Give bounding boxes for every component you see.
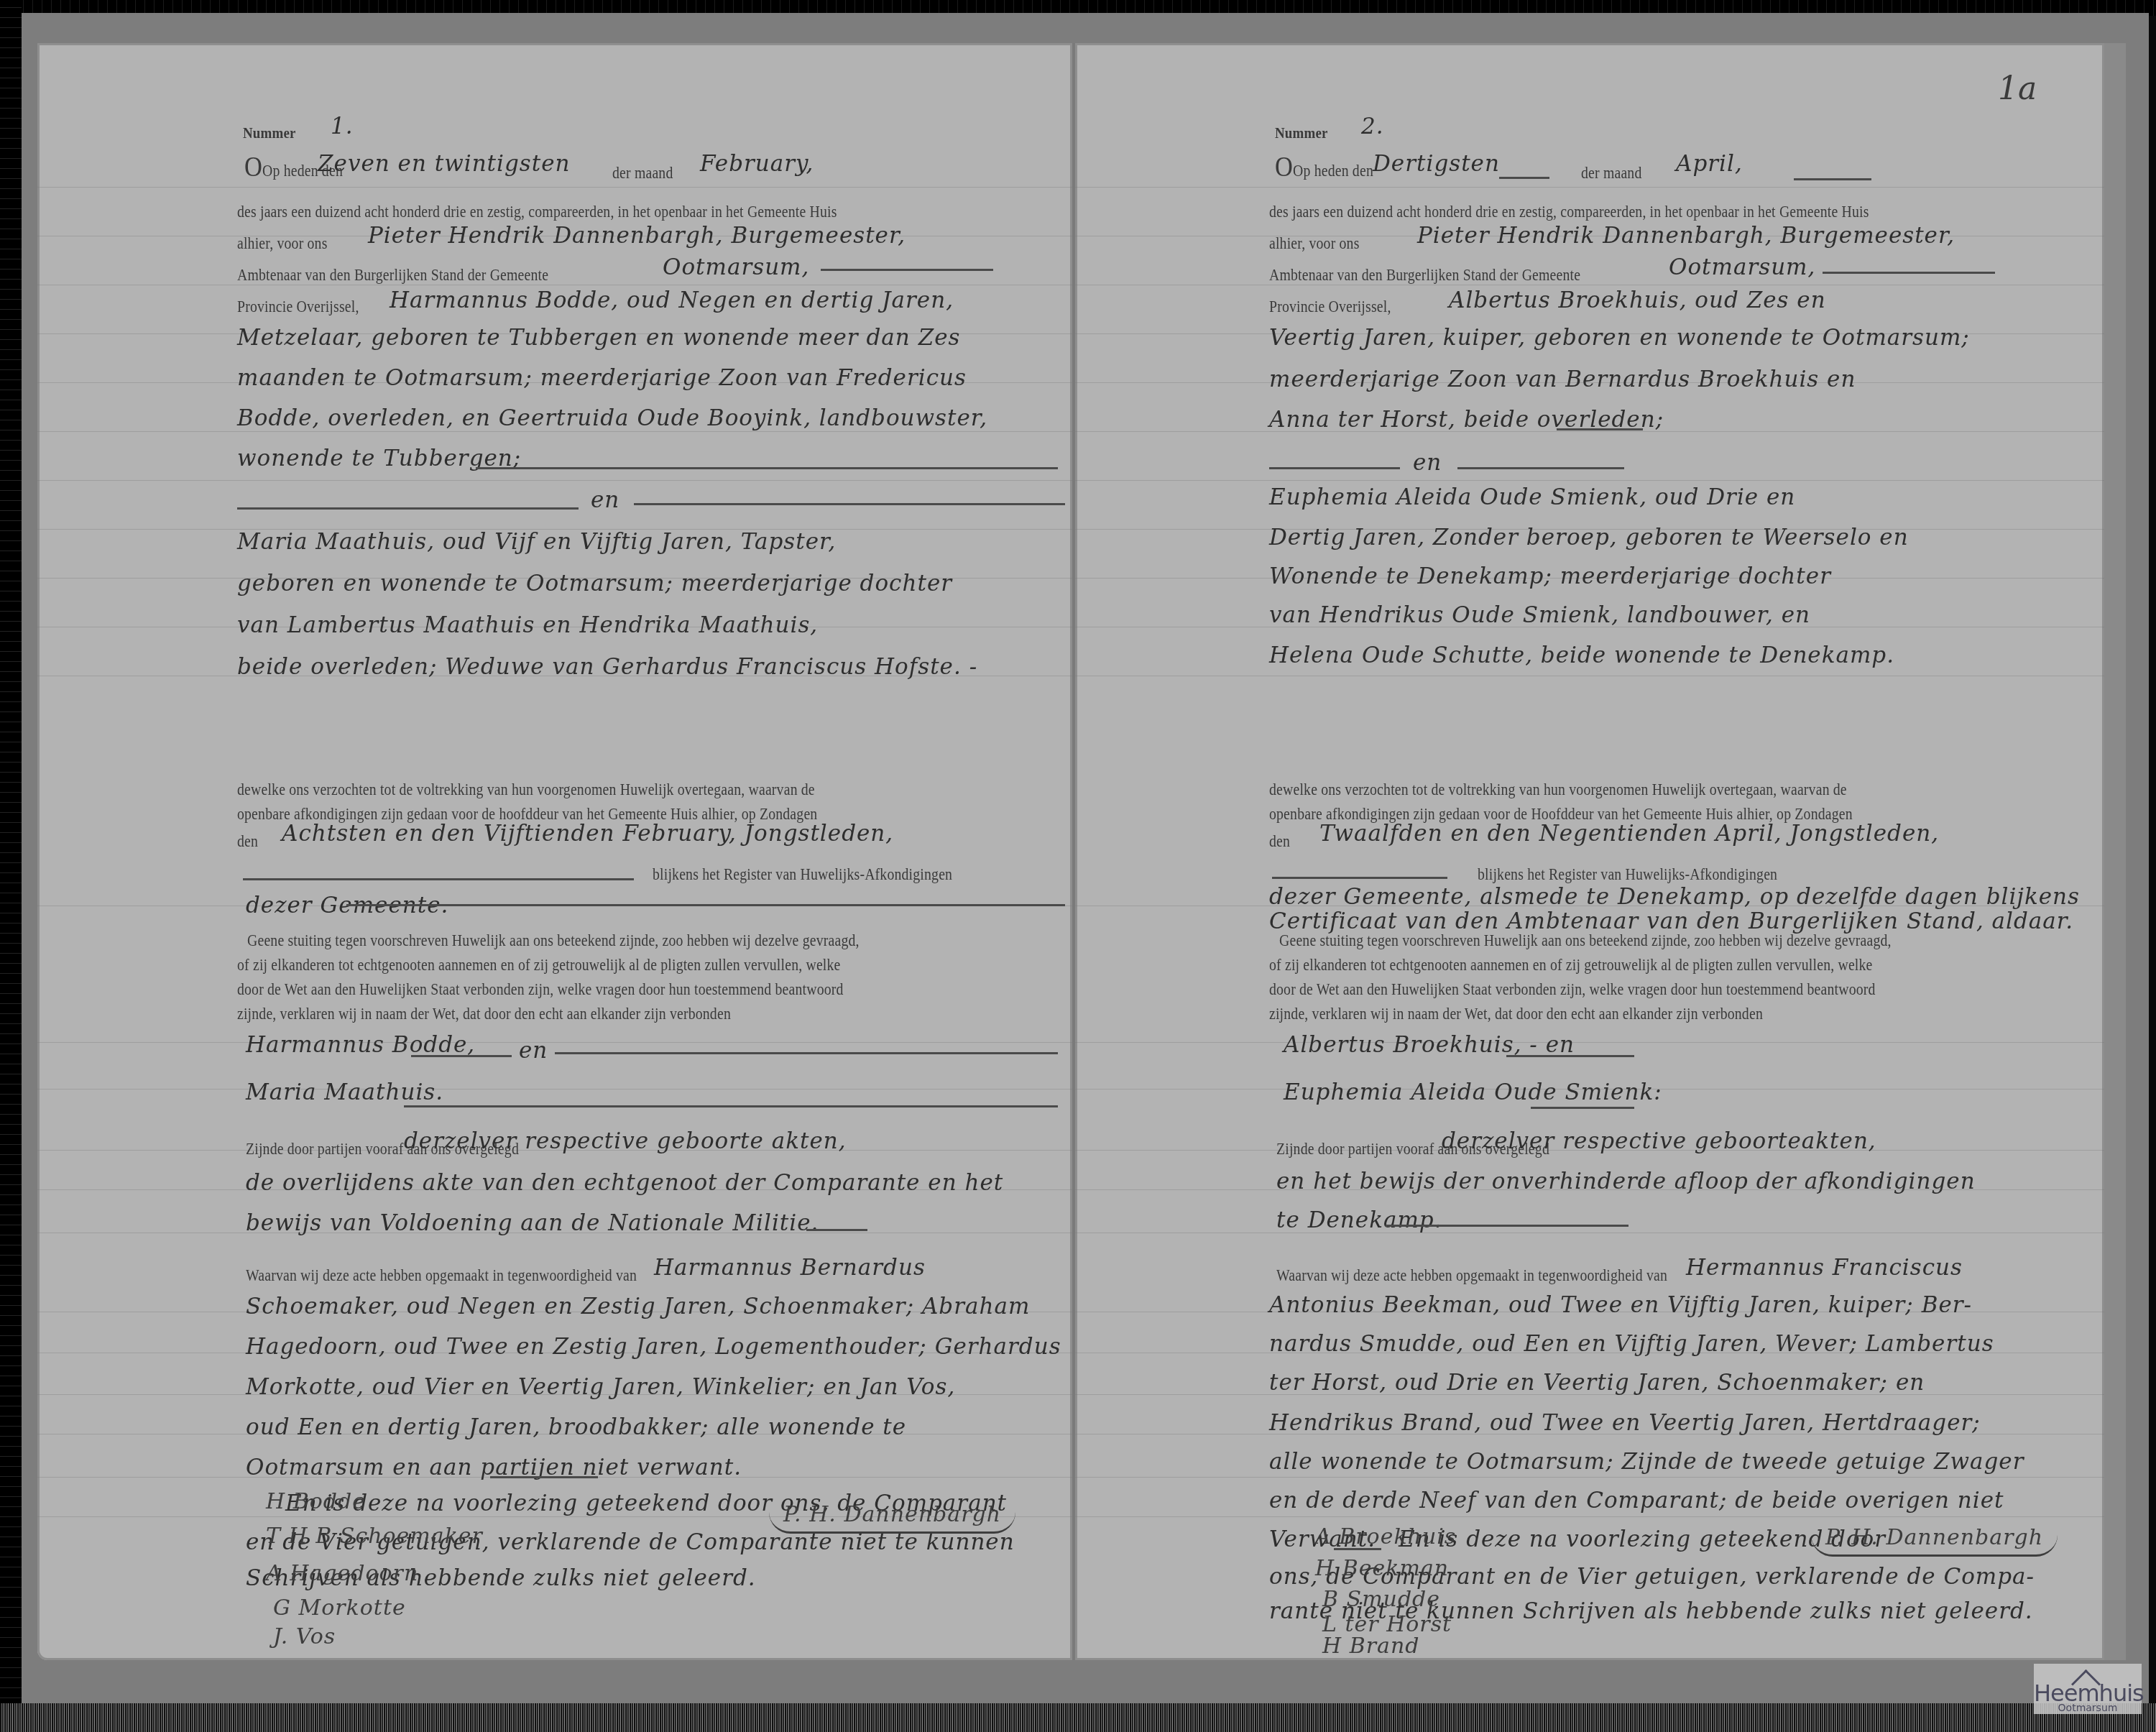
book-edge-right (2104, 43, 2126, 1660)
printed-dewelke: dewelke ons verzochten tot de voltrekkin… (237, 780, 815, 799)
official-name-field: Pieter Hendrik Dannenbargh, Burgemeester… (368, 223, 906, 249)
printed-alhier: alhier, voor ons (237, 234, 328, 253)
documents-line: en het bewijs der onverhinderde afloop d… (1276, 1169, 1976, 1194)
groom-line: Veertig Jaren, kuiper, geboren en wonend… (1269, 325, 1970, 351)
bride-line: van Hendrikus Oude Smienk, landbouwer, e… (1269, 602, 1810, 628)
printed-blijkens: blijkens het Register van Huwelijks-Afko… (653, 865, 952, 884)
witness-line: Hermannus Franciscus (1686, 1255, 1963, 1281)
printed-der-maand: der maand (1581, 164, 1641, 183)
groom-line: Bodde, overleden, en Geertruida Oude Boo… (237, 405, 987, 431)
witness-line: Morkotte, oud Vier en Veertig Jaren, Win… (246, 1374, 955, 1400)
printed-geene: of zij elkanderen tot echtgenooten aanne… (237, 956, 841, 975)
printed-geene: Geene stuiting tegen voorschreven Huweli… (247, 931, 860, 950)
groom-line: meerderjarige Zoon van Bernardus Broekhu… (1269, 367, 1856, 392)
bride-line: van Lambertus Maathuis en Hendrika Maath… (237, 612, 818, 638)
couple-bride: Maria Maathuis. (246, 1079, 443, 1105)
printed-waarvan: Waarvan wij deze acte hebben opgemaakt i… (1276, 1266, 1667, 1285)
municipality-field: Ootmarsum, (1669, 254, 1815, 280)
scan-border-bottom (0, 1703, 2156, 1732)
printed-op-heden: OOp heden den (1275, 160, 1373, 180)
signature: T H B Schoemaker (266, 1518, 625, 1555)
printed-geene: zijnde, verklaren wij in naam der Wet, d… (1269, 1005, 1763, 1023)
printed-dewelke: dewelke ons verzochten tot de voltrekkin… (1269, 780, 1847, 799)
bride-line: Maria Maathuis, oud Vijf en Vijftig Jare… (237, 529, 836, 555)
signature: H Beekman (1315, 1552, 1674, 1585)
right-page: 1a Nummer 2. OOp heden den Dertigsten de… (1075, 43, 2104, 1660)
sundays-field: Twaalfden en den Negentienden April, Jon… (1319, 821, 1939, 847)
signature: B Smudde (1322, 1585, 1682, 1614)
official-name-field: Pieter Hendrik Dannenbargh, Burgemeester… (1417, 223, 1955, 249)
printed-geene: door de Wet aan den Huwelijken Staat ver… (1269, 980, 1876, 999)
record-number: 1. (331, 114, 354, 139)
witness-line: Hendrikus Brand, oud Twee en Veertig Jar… (1269, 1410, 1981, 1436)
couple-groom: Harmannus Bodde, (246, 1032, 475, 1058)
register-book: Nummer 1. OOp heden den Zeven en twintig… (22, 13, 2149, 1703)
official-signature: P. H. Dannenbargh (1811, 1525, 2058, 1557)
signature: H Bodde (266, 1486, 625, 1518)
witness-line: Hagedoorn, oud Twee en Zestig Jaren, Log… (246, 1334, 1061, 1360)
signature: J. Vos (273, 1624, 632, 1650)
printed-geene: Geene stuiting tegen voorschreven Huweli… (1279, 931, 1892, 950)
sundays-field: Achtsten en den Vijftienden February, Jo… (282, 821, 893, 847)
record-number-label: Nummer (243, 124, 296, 142)
en-separator: en (591, 487, 619, 513)
printed-year-line: des jaars een duizend acht honderd drie … (237, 203, 837, 221)
left-witness-signatures: H Bodde T H B Schoemaker A Hagedoorn G M… (266, 1486, 625, 1650)
bride-line: Helena Oude Schutte, beide wonende te De… (1269, 642, 1894, 668)
witness-line: en de derde Neef van den Comparant; de b… (1269, 1488, 2004, 1514)
heemhuis-logo: Heemhuis Ootmarsum (2034, 1664, 2142, 1714)
documents-line: bewijs van Voldoening aan de Nationale M… (246, 1210, 819, 1236)
witness-line: oud Een en dertig Jaren, broodbakker; al… (246, 1414, 906, 1440)
printed-year-line: des jaars een duizend acht honderd drie … (1269, 203, 1869, 221)
record-number-label: Nummer (1275, 124, 1328, 142)
printed-ambtenaar: Ambtenaar van den Burgerlijken Stand der… (237, 266, 548, 285)
groom-line: maanden te Ootmarsum; meerderjarige Zoon… (237, 365, 967, 391)
municipality-field: Ootmarsum, (663, 254, 809, 280)
register-field: Certificaat van den Ambtenaar van den Bu… (1269, 908, 2073, 934)
printed-waarvan: Waarvan wij deze acte hebben opgemaakt i… (246, 1266, 637, 1285)
documents-line: te Denekamp. (1276, 1207, 1442, 1233)
witness-line: Antonius Beekman, oud Twee en Vijftig Ja… (1269, 1292, 1972, 1318)
right-witness-signatures: A Broekhuis H Beekman B Smudde L ter Hor… (1315, 1522, 1674, 1657)
witness-line: nardus Smudde, oud Een en Vijftig Jaren,… (1269, 1331, 1994, 1357)
documents-line: derzelver respective geboorteakten, (1442, 1128, 1876, 1154)
signature: L ter Horst (1322, 1614, 1682, 1636)
signature: A Broekhuis (1315, 1522, 1674, 1552)
printed-geene: zijnde, verklaren wij in naam der Wet, d… (237, 1005, 731, 1023)
en-separator: en (1413, 450, 1442, 476)
month-field: April, (1676, 151, 1743, 177)
witness-line: ter Horst, oud Drie en Veertig Jaren, Sc… (1269, 1370, 1925, 1396)
signature: A Hagedoorn (266, 1555, 625, 1593)
folio-mark: 1a (1998, 70, 2037, 107)
printed-alhier: alhier, voor ons (1269, 234, 1360, 253)
bride-line: Wonende te Denekamp; meerderjarige docht… (1269, 563, 1831, 589)
bride-line: beide overleden; Weduwe van Gerhardus Fr… (237, 654, 977, 680)
groom-name-field: Albertus Broekhuis, oud Zes en (1449, 287, 1826, 313)
logo-place: Ootmarsum (2034, 1703, 2142, 1714)
day-field: Zeven en twintigsten (318, 151, 571, 177)
month-field: February, (700, 151, 814, 177)
en-separator: en (519, 1038, 548, 1064)
printed-der-maand: der maand (612, 164, 673, 183)
groom-name-field: Harmannus Bodde, oud Negen en dertig Jar… (390, 287, 954, 313)
printed-blijkens: blijkens het Register van Huwelijks-Afko… (1478, 865, 1777, 884)
printed-ambtenaar: Ambtenaar van den Burgerlijken Stand der… (1269, 266, 1580, 285)
witness-line: alle wonende te Ootmarsum; Zijnde de twe… (1269, 1449, 2024, 1475)
witness-line: Harmannus Bernardus (654, 1255, 926, 1281)
signature: G Morkotte (273, 1593, 632, 1624)
record-number: 2. (1361, 114, 1384, 139)
documents-line: de overlijdens akte van den echtgenoot d… (246, 1170, 1003, 1196)
signature: H Brand (1322, 1636, 1682, 1657)
bride-line: geboren en wonende te Ootmarsum; meerder… (237, 571, 952, 596)
groom-line: Metzelaar, geboren te Tubbergen en wonen… (237, 325, 960, 351)
day-field: Dertigsten (1373, 151, 1500, 177)
couple-groom: Albertus Broekhuis, - en (1284, 1032, 1575, 1058)
left-page: Nummer 1. OOp heden den Zeven en twintig… (37, 43, 1072, 1660)
documents-line: derzelver respective geboorte akten, (404, 1128, 847, 1154)
couple-bride: Euphemia Aleida Oude Smienk: (1284, 1079, 1662, 1105)
printed-den: den (237, 832, 258, 851)
bride-line: Dertig Jaren, Zonder beroep, geboren te … (1269, 525, 1909, 551)
printed-geene: door de Wet aan den Huwelijken Staat ver… (237, 980, 844, 999)
printed-geene: of zij elkanderen tot echtgenooten aanne… (1269, 956, 1873, 975)
bride-line: Euphemia Aleida Oude Smienk, oud Drie en (1269, 484, 1795, 510)
register-field: dezer Gemeente, alsmede te Denekamp, op … (1269, 884, 2080, 910)
printed-provincie: Provincie Overijssel, (1269, 298, 1391, 316)
printed-provincie: Provincie Overijssel, (237, 298, 359, 316)
scan-border-left (0, 0, 22, 1732)
printed-den: den (1269, 832, 1290, 851)
official-signature: P. H. Dannenbargh (769, 1502, 1015, 1534)
witness-line: Schoemaker, oud Negen en Zestig Jaren, S… (246, 1294, 1030, 1319)
